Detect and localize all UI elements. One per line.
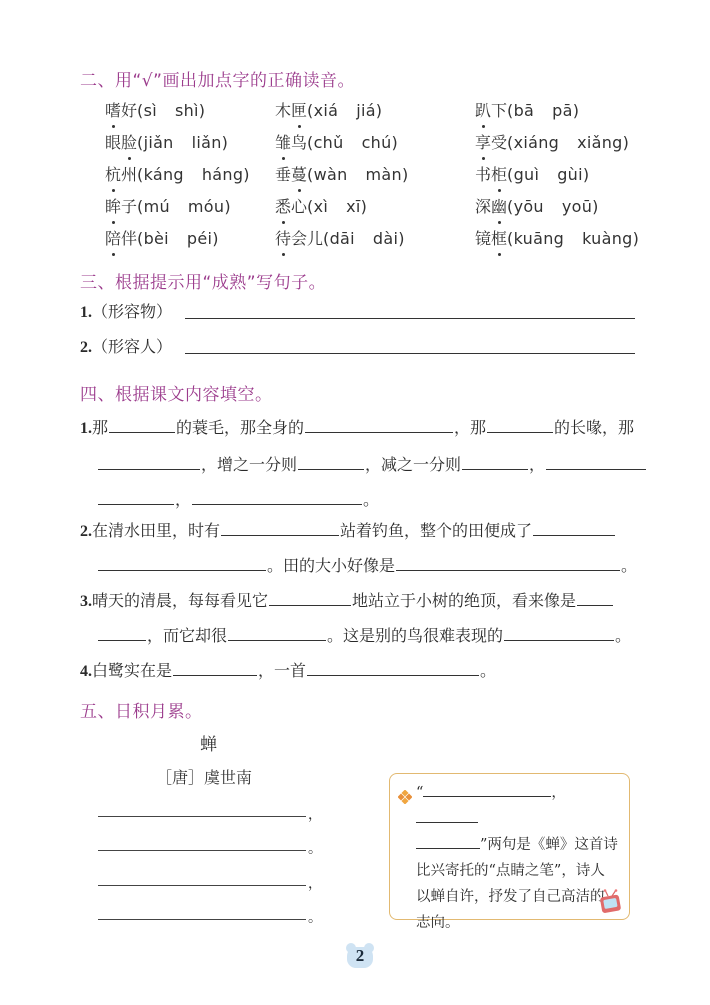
section3-title: 三、根据提示用“成熟”写句子。 [80, 268, 326, 293]
dotted-char: 享 [475, 130, 491, 153]
dotted-char: 杭 [105, 162, 121, 185]
char: 书 [475, 162, 491, 185]
section4-q1-line2: ，增之一分则，减之一分则， [97, 452, 647, 475]
pinyin-options: (wànmàn) [307, 165, 408, 184]
poem-punct-1: ， [308, 804, 322, 824]
pinyin-item[interactable]: 眼脸(jiǎnliǎn) [105, 130, 228, 153]
pinyin-option-2[interactable]: chú) [362, 133, 399, 152]
dotted-char: 脸 [121, 130, 137, 153]
pinyin-option-1[interactable]: (chǔ [307, 133, 344, 152]
section2-title: 二、用“√”画出加点字的正确读音。 [80, 66, 355, 91]
diamond-bullet-icon [398, 790, 412, 804]
char: 深 [475, 194, 491, 217]
text: 站着钓鱼，整个的田便成了 [340, 521, 532, 540]
pinyin-item[interactable]: 陪伴(bèipéi) [105, 226, 219, 249]
char: 州 [121, 162, 137, 185]
word: 雏鸟 [275, 133, 307, 152]
text: 。 [480, 661, 496, 680]
section3-q1: 1.（形容物） [80, 299, 172, 322]
text: 的蓑毛，那全身的 [176, 418, 304, 437]
text: 。这是别的鸟很难表现的 [327, 626, 503, 645]
char: 儿 [307, 226, 323, 249]
pinyin-option-2[interactable]: yoū) [562, 197, 599, 216]
word: 享受 [475, 133, 507, 152]
pinyin-option-1[interactable]: (káng [137, 165, 184, 184]
poem-title: 蝉 [200, 730, 217, 755]
fill-blank[interactable] [98, 553, 266, 571]
char: 受 [491, 130, 507, 153]
pinyin-options: (múmóu) [137, 197, 231, 216]
char: 伴 [121, 226, 137, 249]
char: 好 [121, 98, 137, 121]
char: 眼 [105, 130, 121, 153]
poem-punct-4: 。 [308, 907, 322, 927]
q-number: 4. [80, 663, 92, 680]
pinyin-option-1[interactable]: (bèi [137, 229, 169, 248]
pinyin-item[interactable]: 趴下(bāpā) [475, 98, 579, 121]
pinyin-item[interactable]: 杭州(kángháng) [105, 162, 250, 185]
poem-punct-3: ， [308, 873, 322, 893]
pinyin-option-2[interactable]: màn) [366, 165, 409, 184]
char: 鸟 [291, 130, 307, 153]
text: ， [529, 455, 545, 474]
pinyin-option-2[interactable]: háng) [202, 165, 250, 184]
text: 白鹭实在是 [92, 661, 172, 680]
poem-line-3[interactable] [98, 885, 306, 886]
text: 地站立于小树的绝顶，看来像是 [352, 591, 576, 610]
fill-blank[interactable] [504, 623, 614, 641]
fill-blank[interactable] [98, 452, 200, 470]
char: 会 [291, 226, 307, 249]
pinyin-option-2[interactable]: gùi) [557, 165, 589, 184]
text: 那 [92, 418, 108, 437]
dotted-char: 趴 [475, 98, 491, 121]
section4-q1-line1: 1.那的蓑毛，那全身的，那的长喙，那 [80, 415, 634, 438]
pinyin-options: (bèipéi) [137, 229, 219, 248]
pinyin-option-1[interactable]: (bā [507, 101, 534, 120]
pinyin-options: (kángháng) [137, 165, 250, 184]
pinyin-item[interactable]: 悉心(xìxī) [275, 194, 367, 217]
fill-blank[interactable] [546, 452, 646, 470]
q1-number: 1. [80, 304, 92, 321]
word: 陪伴 [105, 229, 137, 248]
word: 垂蔓 [275, 165, 307, 184]
q1-hint: （形容物） [92, 302, 172, 321]
poem-line-2[interactable] [98, 850, 306, 851]
pinyin-option-2[interactable]: péi) [187, 229, 219, 248]
text: ， [175, 490, 191, 509]
text: 。 [615, 626, 631, 645]
text: “ [416, 785, 423, 801]
char: 镜 [475, 226, 491, 249]
pinyin-option-1[interactable]: (wàn [307, 165, 347, 184]
text: ，减之一分则 [365, 455, 461, 474]
q2-number: 2. [80, 339, 92, 356]
dotted-char: 框 [491, 226, 507, 249]
pinyin-options: (dāidài) [323, 229, 405, 248]
pinyin-item[interactable]: 嗜好(sìshì) [105, 98, 205, 121]
fill-blank[interactable] [173, 658, 257, 676]
pinyin-option-2[interactable]: móu) [188, 197, 231, 216]
pinyin-item[interactable]: 木匣(xiájiá) [275, 98, 382, 121]
fill-blank[interactable] [98, 623, 146, 641]
dotted-char: 陪 [105, 226, 121, 249]
tip-text: “， ”两句是《蝉》这首诗 比兴寄托的“点睛之笔”，诗人 以蝉自许，抒发了自己高… [416, 780, 622, 936]
section3-q2-answer-line[interactable] [185, 353, 635, 354]
text: ，那 [454, 418, 486, 437]
pinyin-option-2[interactable]: shì) [175, 101, 205, 120]
section4-q3-line1: 3.晴天的清晨，每每看见它地站立于小树的绝顶，看来像是 [80, 588, 614, 611]
text: 。田的大小好像是 [267, 556, 395, 575]
fill-blank[interactable] [298, 452, 364, 470]
poem-author: ［唐］虞世南 [156, 765, 252, 788]
pinyin-option-1[interactable]: (xì [307, 197, 328, 216]
fill-blank[interactable] [109, 415, 175, 433]
pinyin-item[interactable]: 镜框(kuāngkuàng) [475, 226, 639, 249]
text: ，而它却很 [147, 626, 227, 645]
char: 垂 [275, 162, 291, 185]
word: 眼脸 [105, 133, 137, 152]
q-number: 3. [80, 593, 92, 610]
word: 镜框 [475, 229, 507, 248]
pinyin-option-2[interactable]: jiá) [356, 101, 382, 120]
q-number: 2. [80, 523, 92, 540]
word: 书柜 [475, 165, 507, 184]
fill-blank[interactable] [307, 658, 479, 676]
dotted-char: 幽 [491, 194, 507, 217]
fill-blank[interactable] [269, 588, 351, 606]
char: 心 [291, 194, 307, 217]
pinyin-item[interactable]: 书柜(guìgùi) [475, 162, 589, 185]
char: 子 [121, 194, 137, 217]
pinyin-option-1[interactable]: (xiáng [507, 133, 559, 152]
dotted-char: 蔓 [291, 162, 307, 185]
word: 木匣 [275, 101, 307, 120]
poem-punct-2: 。 [308, 838, 322, 858]
pinyin-options: (yōuyoū) [507, 197, 599, 216]
text: 以蝉自许，抒发了自己高洁的 [416, 884, 622, 910]
text: ， [551, 785, 566, 801]
fill-blank[interactable] [423, 781, 551, 797]
pinyin-option-2[interactable]: dài) [373, 229, 405, 248]
text: 的长喙，那 [554, 418, 634, 437]
pinyin-option-2[interactable]: xī) [346, 197, 367, 216]
text: 志向。 [416, 910, 622, 936]
dotted-char: 嗜 [105, 98, 121, 121]
dotted-char: 悉 [275, 194, 291, 217]
word: 待会儿 [275, 229, 323, 248]
dotted-char: 柜 [491, 162, 507, 185]
word: 趴下 [475, 101, 507, 120]
pinyin-item[interactable]: 待会儿(dāidài) [275, 226, 405, 249]
fill-blank[interactable] [192, 487, 362, 505]
text: ，一首 [258, 661, 306, 680]
fill-blank[interactable] [416, 833, 480, 849]
text: 。 [621, 556, 637, 575]
fill-blank[interactable] [221, 518, 339, 536]
fill-blank[interactable] [533, 518, 615, 536]
char: 下 [491, 98, 507, 121]
char: 木 [275, 98, 291, 121]
fill-blank[interactable] [577, 588, 613, 606]
pinyin-options: (guìgùi) [507, 165, 589, 184]
dotted-char: 待 [275, 226, 291, 249]
pinyin-options: (chǔchú) [307, 133, 398, 152]
tv-mascot-icon [599, 889, 623, 915]
section3-q2: 2.（形容人） [80, 334, 172, 357]
text: 在清水田里，时有 [92, 521, 220, 540]
q-number: 1. [80, 420, 92, 437]
pinyin-options: (bāpā) [507, 101, 579, 120]
pinyin-option-2[interactable]: xiǎng) [577, 133, 629, 152]
section4-q2-line2: 。田的大小好像是。 [97, 553, 637, 576]
section4-q1-line3: ，。 [97, 487, 379, 510]
fill-blank[interactable] [305, 415, 453, 433]
section4-title: 四、根据课文内容填空。 [80, 380, 273, 405]
page-number: 2 [344, 942, 376, 970]
pinyin-option-1[interactable]: (mú [137, 197, 170, 216]
fill-blank[interactable] [228, 623, 326, 641]
pinyin-option-2[interactable]: kuàng) [582, 229, 639, 248]
text: ，增之一分则 [201, 455, 297, 474]
tip-box: “， ”两句是《蝉》这首诗 比兴寄托的“点睛之笔”，诗人 以蝉自许，抒发了自己高… [389, 773, 630, 920]
word: 深幽 [475, 197, 507, 216]
fill-blank[interactable] [396, 553, 620, 571]
text: 。 [363, 490, 379, 509]
pinyin-item[interactable]: 享受(xiángxiǎng) [475, 130, 629, 153]
pinyin-option-1[interactable]: (yōu [507, 197, 544, 216]
section5-title: 五、日积月累。 [80, 697, 203, 722]
text: ”两句是《蝉》这首诗 [480, 837, 618, 853]
pinyin-options: (xiángxiǎng) [507, 133, 629, 152]
poem-line-4[interactable] [98, 919, 306, 920]
word: 杭州 [105, 165, 137, 184]
pinyin-item[interactable]: 深幽(yōuyoū) [475, 194, 599, 217]
fill-blank[interactable] [416, 807, 478, 823]
fill-blank[interactable] [98, 487, 174, 505]
pinyin-options: (sìshì) [137, 101, 205, 120]
section4-q4: 4.白鹭实在是，一首。 [80, 658, 496, 681]
pinyin-option-1[interactable]: (xiá [307, 101, 338, 120]
dotted-char: 眸 [105, 194, 121, 217]
pinyin-item[interactable]: 垂蔓(wànmàn) [275, 162, 409, 185]
pinyin-options: (xiájiá) [307, 101, 382, 120]
pinyin-options: (jiǎnliǎn) [137, 133, 228, 152]
pinyin-option-1[interactable]: (jiǎn [137, 133, 174, 152]
word: 悉心 [275, 197, 307, 216]
dotted-char: 雏 [275, 130, 291, 153]
pinyin-item[interactable]: 眸子(múmóu) [105, 194, 231, 217]
text: 比兴寄托的“点睛之笔”，诗人 [416, 858, 622, 884]
pinyin-option-1[interactable]: (dāi [323, 229, 355, 248]
pinyin-option-2[interactable]: pā) [552, 101, 579, 120]
dotted-char: 匣 [291, 98, 307, 121]
word: 嗜好 [105, 101, 137, 120]
fill-blank[interactable] [462, 452, 528, 470]
pinyin-option-1[interactable]: (guì [507, 165, 539, 184]
pinyin-item[interactable]: 雏鸟(chǔchú) [275, 130, 398, 153]
pinyin-options: (xìxī) [307, 197, 367, 216]
page-number-badge: 2 [344, 942, 376, 970]
text: 晴天的清晨，每每看见它 [92, 591, 268, 610]
section4-q3-line2: ，而它却很。这是别的鸟很难表现的。 [97, 623, 631, 646]
word: 眸子 [105, 197, 137, 216]
pinyin-option-2[interactable]: liǎn) [192, 133, 229, 152]
pinyin-option-1[interactable]: (sì [137, 101, 157, 120]
section4-q2-line1: 2.在清水田里，时有站着钓鱼，整个的田便成了 [80, 518, 616, 541]
fill-blank[interactable] [487, 415, 553, 433]
pinyin-options: (kuāngkuàng) [507, 229, 639, 248]
pinyin-option-1[interactable]: (kuāng [507, 229, 564, 248]
poem-line-1[interactable] [98, 816, 306, 817]
section3-q1-answer-line[interactable] [185, 318, 635, 319]
q2-hint: （形容人） [92, 337, 172, 356]
